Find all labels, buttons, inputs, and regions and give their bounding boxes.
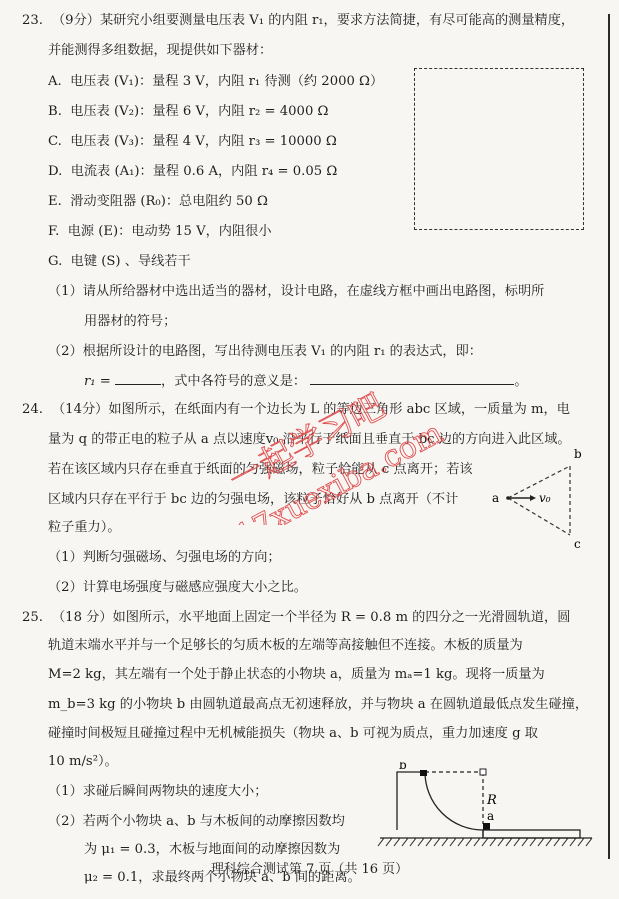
q25-line3: M=2 kg，其左端有一个处于静止状态的小物块 a，质量为 mₐ=1 kg。现将…: [48, 667, 545, 683]
q23-intro-line1: 23.（9分）某研究小组要测量电压表 V₁ 的内阻 r₁，要求方法简捷，有尽可能…: [22, 13, 574, 29]
q23-sub1-line1: （1）请从所给器材中选出适当的器材，设计电路，在虚线方框中画出电路图，标明所: [48, 284, 544, 300]
option-text: 电压表 (V₁)：量程 3 V，内阻 r₁ 待测（约 2000 Ω）: [70, 74, 383, 89]
q25-line5: 碰撞时间极短且碰撞过程中无机械能损失（物块 a、b 可视为质点，重力加速度 g …: [48, 726, 538, 742]
page-margin-rule: [608, 14, 610, 859]
q25-line6: 10 m/s²）。: [48, 754, 118, 770]
option-label: G.: [48, 254, 62, 269]
q24-line1: 24.（14分）如图所示，在纸面内有一个边长为 L 的等边三角形 abc 区域，…: [22, 402, 570, 418]
q24-line3: 若在该区域内只存在垂直于纸面的匀强磁场，粒子恰能从 c 点离开；若该: [48, 462, 473, 478]
label-R: R: [486, 793, 497, 808]
option-text: 电压表 (V₃)：量程 4 V，内阻 r₃ = 10000 Ω: [70, 134, 337, 149]
q23-option-b: B. 电压表 (V₂)：量程 6 V，内阻 r₂ = 4000 Ω: [48, 104, 328, 120]
option-text: 电键 (S) 、导线若干: [71, 254, 191, 269]
q24-line5: 粒子重力）。: [48, 520, 121, 536]
q24-sub1: （1）判断匀强磁场、匀强电场的方向；: [48, 550, 281, 566]
q23-sub1-line2: 用器材的符号；: [84, 314, 176, 330]
q24-text: （14分）如图所示，在纸面内有一个边长为 L 的等边三角形 abc 区域，一质量…: [52, 402, 570, 417]
track-figure: b R a: [370, 762, 600, 852]
symbol-meaning-blank[interactable]: [310, 372, 514, 385]
q23-option-c: C. 电压表 (V₃)：量程 4 V，内阻 r₃ = 10000 Ω: [48, 134, 337, 150]
q25-sub2-line1: （2）若两个小物块 a、b 与木板间的动摩擦因数均: [48, 814, 345, 830]
option-label: B.: [48, 104, 62, 119]
circuit-drawing-box[interactable]: [414, 68, 584, 230]
label-c: c: [574, 537, 581, 550]
label-a: a: [487, 809, 494, 823]
symbol-meaning-label: ，式中各符号的意义是：: [161, 374, 306, 389]
label-b: b: [399, 762, 407, 772]
q25-line1: 25.（18 分）如图所示，水平地面上固定一个半径为 R = 0.8 m 的四分…: [22, 610, 570, 626]
option-label: D.: [48, 164, 62, 179]
option-label: E.: [48, 194, 62, 209]
period: 。: [514, 374, 527, 389]
q24-sub2: （2）计算电场强度与磁感应强度大小之比。: [48, 580, 307, 596]
q25-text: （18 分）如图所示，水平地面上固定一个半径为 R = 0.8 m 的四分之一光…: [52, 610, 570, 625]
q23-intro-text: （9分）某研究小组要测量电压表 V₁ 的内阻 r₁，要求方法简捷，有尽可能高的测…: [52, 13, 574, 28]
option-label: C.: [48, 134, 62, 149]
label-b: b: [574, 447, 582, 461]
q25-number: 25.: [22, 610, 52, 626]
option-text: 滑动变阻器 (R₀)：总电阻约 50 Ω: [70, 194, 268, 209]
q24-number: 24.: [22, 402, 52, 418]
option-label: A.: [48, 74, 62, 89]
q25-line2: 轨道末端水平并与一个足够长的匀质木板的左端等高接触但不连接。木板的质量为: [48, 638, 523, 654]
label-v0: v₀: [539, 491, 551, 505]
option-text: 电流表 (A₁)：量程 0.6 A，内阻 r₄ = 0.05 Ω: [71, 164, 338, 179]
q23-sub2-answer-line: r₁ = ，式中各符号的意义是： 。: [84, 372, 528, 390]
q23-option-d: D. 电流表 (A₁)：量程 0.6 A，内阻 r₄ = 0.05 Ω: [48, 164, 337, 180]
option-text: 电源 (E)：电动势 15 V，内阻很小: [68, 224, 272, 239]
q25-sub2-line2: 为 μ₁ = 0.3，木板与地面间的动摩擦因数为: [84, 842, 340, 858]
q25-line4: m_b=3 kg 的小物块 b 由圆轨道最高点无初速释放，并与物块 a 在圆轨道…: [48, 697, 588, 713]
q23-intro-line2: 并能测得多组数据，现提供如下器材：: [48, 43, 272, 59]
q23-sub2-line1: （2）根据所设计的电路图，写出待测电压表 V₁ 的内阻 r₁ 的表达式，即：: [48, 344, 482, 360]
q23-option-a: A. 电压表 (V₁)：量程 3 V，内阻 r₁ 待测（约 2000 Ω）: [48, 74, 383, 90]
q23-option-e: E. 滑动变阻器 (R₀)：总电阻约 50 Ω: [48, 194, 268, 210]
q25-sub1: （1）求碰后瞬间两物块的速度大小；: [48, 784, 267, 800]
q24-line4: 区域内只存在平行于 bc 边的匀强电场，该粒子恰好从 b 点离开（不计: [48, 492, 458, 508]
option-label: F.: [48, 224, 59, 239]
triangle-figure: a b c v₀: [490, 440, 600, 550]
q23-option-g: G. 电键 (S) 、导线若干: [48, 254, 191, 270]
r1-equals-label: r₁ =: [84, 374, 111, 389]
option-text: 电压表 (V₂)：量程 6 V，内阻 r₂ = 4000 Ω: [70, 104, 328, 119]
q23-number: 23.: [22, 13, 52, 29]
r1-expression-blank[interactable]: [115, 372, 161, 385]
q23-option-f: F. 电源 (E)：电动势 15 V，内阻很小: [48, 224, 272, 240]
label-a: a: [492, 491, 499, 505]
page-footer: 理科综合测试第 7 页（共 16 页）: [0, 858, 619, 877]
exam-page: 23.（9分）某研究小组要测量电压表 V₁ 的内阻 r₁，要求方法简捷，有尽可能…: [0, 0, 619, 899]
